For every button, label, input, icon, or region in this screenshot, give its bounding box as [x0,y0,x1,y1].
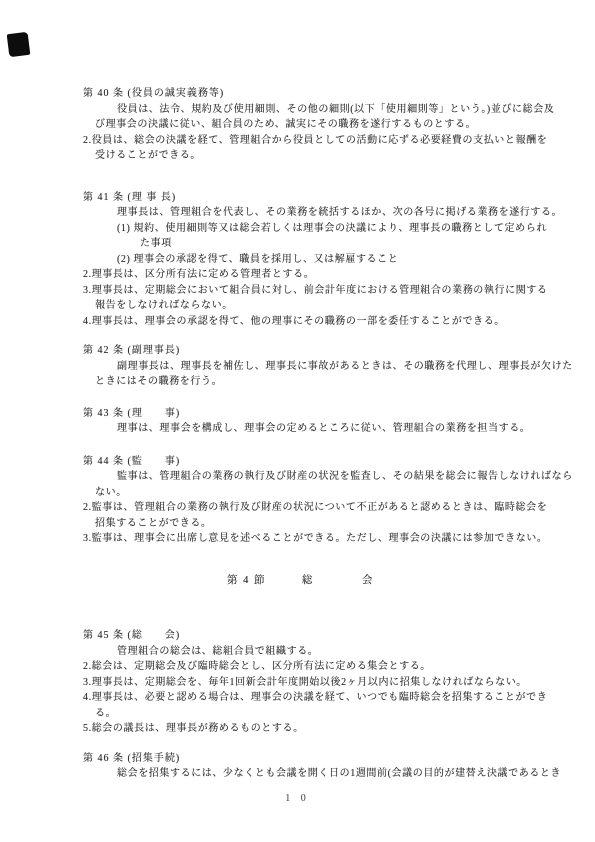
article-40-heading: 第 40 条 (役員の誠実義務等) [83,86,535,102]
article-45: 第 45 条 (総 会) 管理組合の総会は、総組合員で組織する。 2.総会は、定… [83,628,535,737]
article-41-line: 4.理事長は、理事会の承認を得て、他の理事にその職務の一部を委任することができる… [83,314,535,330]
article-40: 第 40 条 (役員の誠実義務等) 役員は、法令、規約及び使用細則、その他の細則… [83,86,535,164]
article-41-line: た事項 [140,236,535,252]
article-41-line: (1) 規約、使用細則等又は総会若しくは理事会の決議により、理事長の職務として定… [117,221,535,237]
article-41-line: (2) 理事会の承認を得て、職員を採用し、又は解雇すること [117,252,535,268]
article-42: 第 42 条 (副理事長) 副理事長は、理事長を補佐し、理事長に事故があるときは… [83,343,535,390]
article-42-line: ときにはその職務を行う。 [95,374,535,390]
article-40-line: 受けることができる。 [95,148,535,164]
article-41-heading: 第 41 条 (理 事 長) [83,190,535,206]
article-46-heading: 第 46 条 (招集手続) [83,751,535,767]
article-45-line: 3.理事長は、定期総会を、毎年1回新会計年度開始以後2ヶ月以内に招集しなければな… [83,675,535,691]
article-45-line: る。 [95,706,535,722]
article-43-heading: 第 43 条 (理 事) [83,406,535,422]
article-40-line: 2.役員は、総会の決議を経て、管理組合から役員としての活動に応ずる必要経費の支払… [83,133,535,149]
article-44: 第 44 条 (監 事) 監事は、管理組合の業務の執行及び財産の状況を監査し、そ… [83,454,535,547]
article-45-heading: 第 45 条 (総 会) [83,628,535,644]
article-41-line: 2.理事長は、区分所有法に定める管理者とする。 [83,267,535,283]
page-number: 1 0 [0,793,595,804]
article-43-line: 理事は、理事会を構成し、理事会の定めるところに従い、管理組合の業務を担当する。 [117,421,535,437]
article-41-line: 理事長は、管理組合を代表し、その業務を統括するほか、次の各号に掲げる業務を遂行す… [117,205,535,221]
article-45-line: 5.総会の議長は、理事長が務めるものとする。 [83,721,535,737]
article-40-line: 役員は、法令、規約及び使用細則、その他の細則(以下「使用細則等」という。)並びに… [117,102,535,118]
article-41-line: 報告をしなければならない。 [95,298,535,314]
article-44-line: 監事は、管理組合の業務の執行及び財産の状況を監査し、その結果を総会に報告しなけれ… [117,469,535,485]
article-41-line: 3.理事長は、定期総会において組合員に対し、前会計年度における管理組合の業務の執… [83,283,535,299]
article-42-heading: 第 42 条 (副理事長) [83,343,535,359]
article-45-line: 4.理事長は、必要と認める場合は、理事会の決議を経て、いつでも臨時総会を招集する… [83,690,535,706]
article-44-heading: 第 44 条 (監 事) [83,454,535,470]
article-41: 第 41 条 (理 事 長) 理事長は、管理組合を代表し、その業務を統括するほか… [83,190,535,330]
article-44-line: 2.監事は、管理組合の業務の執行及び財産の状況について不正があると認めるときは、… [83,500,535,516]
article-45-line: 2.総会は、定期総会及び臨時総会とし、区分所有法に定める集会とする。 [83,659,535,675]
article-44-line: 招集することができる。 [95,516,535,532]
article-44-line: ない。 [95,485,535,501]
section-4-heading: 第 4 節 総 会 [227,573,535,589]
article-40-line: び理事会の決議に従い、組合員のため、誠実にその職務を遂行するものとする。 [95,117,535,133]
scan-artifact-blob [7,32,31,57]
article-46-line: 総会を招集するには、少なくとも会議を開く日の1週間前(会議の目的が建替え決議であ… [117,766,535,782]
article-46: 第 46 条 (招集手続) 総会を招集するには、少なくとも会議を開く日の1週間前… [83,751,535,782]
article-44-line: 3.監事は、理事会に出席し意見を述べることができる。ただし、理事会の決議には参加… [83,531,535,547]
article-42-line: 副理事長は、理事長を補佐し、理事長に事故があるときは、その職務を代理し、理事長が… [117,359,535,375]
document-page: 第 40 条 (役員の誠実義務等) 役員は、法令、規約及び使用細則、その他の細則… [0,0,595,842]
article-45-line: 管理組合の総会は、総組合員で組織する。 [117,644,535,660]
article-43: 第 43 条 (理 事) 理事は、理事会を構成し、理事会の定めるところに従い、管… [83,406,535,437]
